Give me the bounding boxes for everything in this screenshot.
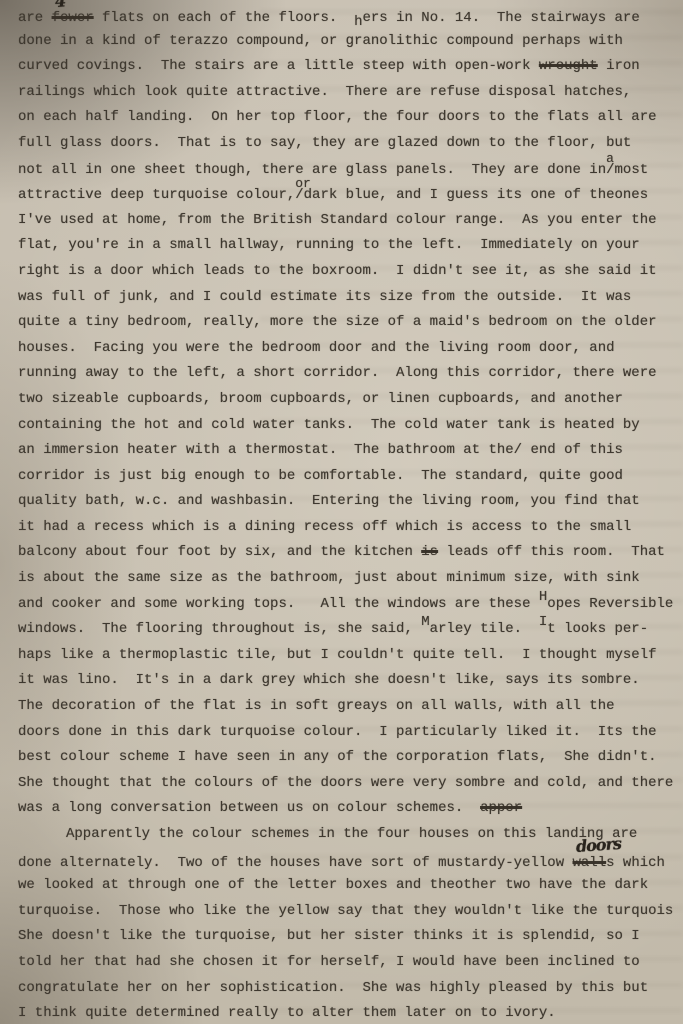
text-line: congratulate her on her sophistication. … [18, 976, 683, 1002]
text-line: it had a recess which is a dining recess… [18, 515, 683, 541]
typed-text: told her that had she chosen it for hers… [18, 954, 640, 970]
struck-text: is [421, 544, 438, 560]
text-line: balcony about four foot by six, and the … [18, 540, 683, 566]
text-line: curved covings. The stairs are a little … [18, 54, 683, 80]
typed-text: She doesn't like the turquoise, but her … [18, 928, 640, 944]
struck-text: apper [480, 800, 522, 816]
typed-text: houses. Facing you were the bedroom door… [18, 340, 615, 356]
typewritten-page-lines: are 4fewer flats on each of the floors. … [0, 0, 683, 1024]
typed-text: s which [606, 855, 665, 871]
lowered-char: h [354, 14, 362, 30]
typed-text: haps like a thermoplastic tile, but I co… [18, 647, 657, 663]
typed-text: best colour scheme I have seen in any of… [18, 749, 657, 765]
text-line: I've used at home, from the British Stan… [18, 208, 683, 234]
text-line: we looked at through one of the letter b… [18, 873, 683, 899]
text-line: She thought that the colours of the door… [18, 771, 683, 797]
typed-text: doors done in this dark turquoise colour… [18, 724, 657, 740]
struck-text: wrought [539, 58, 598, 74]
typed-text: railings which look quite attractive. Th… [18, 84, 631, 100]
text-line: doors done in this dark turquoise colour… [18, 720, 683, 746]
struck-text: wall [573, 855, 607, 871]
typed-text: are [18, 10, 52, 26]
text-line: running away to the left, a short corrid… [18, 361, 683, 387]
typed-text: running away to the left, a short corrid… [18, 365, 657, 381]
text-line: is about the same size as the bathroom, … [18, 566, 683, 592]
typed-text: leads off this room. That [438, 544, 665, 560]
text-line: was full of junk, and I could estimate i… [18, 285, 683, 311]
text-line: was a long conversation between us on co… [18, 796, 683, 822]
typed-text: attractive deep turquoise colour, [18, 187, 295, 203]
text-line: full glass doors. That is to say, they a… [18, 131, 683, 157]
text-line: told her that had she chosen it for hers… [18, 950, 683, 976]
typed-text: congratulate her on her sophistication. … [18, 980, 648, 996]
text-line: The decoration of the flat is in soft gr… [18, 694, 683, 720]
raised-char: I [539, 614, 547, 630]
text-line: railings which look quite attractive. Th… [18, 80, 683, 106]
typed-text: windows. The flooring throughout is, she… [18, 621, 421, 637]
text-line: containing the hot and cold water tanks.… [18, 413, 683, 439]
typed-text: corridor is just big enough to be comfor… [18, 468, 623, 484]
typed-text: and cooker and some working tops. All th… [18, 596, 539, 612]
typed-text: is about the same size as the bathroom, … [18, 570, 640, 586]
typed-text: it was lino. It's in a dark grey which s… [18, 672, 640, 688]
typed-text: we looked at through one of the letter b… [18, 877, 648, 893]
typed-text: an immersion heater with a thermostat. T… [18, 442, 623, 458]
typed-text: not all in one sheet though, there are g… [18, 162, 606, 178]
typed-text: curved covings. The stairs are a little … [18, 58, 539, 74]
typed-text: quite a tiny bedroom, really, more the s… [18, 314, 657, 330]
typed-text: /dark blue, and I guess its one of theon… [295, 187, 648, 203]
text-line: haps like a thermoplastic tile, but I co… [18, 643, 683, 669]
typed-text: opes Reversible [547, 596, 673, 612]
typed-text: She thought that the colours of the door… [18, 775, 673, 791]
typed-text: done in a kind of terazzo compound, or g… [18, 33, 623, 49]
text-line: windows. The flooring throughout is, she… [18, 617, 683, 643]
raised-char: M [421, 614, 429, 630]
text-line: She doesn't like the turquoise, but her … [18, 924, 683, 950]
text-line: on each half landing. On her top floor, … [18, 105, 683, 131]
text-line: quality bath, w.c. and washbasin. Enteri… [18, 489, 683, 515]
typed-text: The decoration of the flat is in soft gr… [18, 698, 615, 714]
typed-text: ers in No. 14. The stairways are [362, 10, 639, 26]
text-line: an immersion heater with a thermostat. T… [18, 438, 683, 464]
text-line: quite a tiny bedroom, really, more the s… [18, 310, 683, 336]
typed-text: flat, you're in a small hallway, running… [18, 237, 640, 253]
typed-text: I've used at home, from the British Stan… [18, 212, 657, 228]
struck-text: fewer [52, 10, 94, 26]
typed-text: was a long conversation between us on co… [18, 800, 480, 816]
text-line: I think quite determined really to alter… [18, 1001, 683, 1024]
typed-text: was full of junk, and I could estimate i… [18, 289, 631, 305]
text-line: two sizeable cupboards, broom cupboards,… [18, 387, 683, 413]
typed-text: on each half landing. On her top floor, … [18, 109, 657, 125]
typed-text: two sizeable cupboards, broom cupboards,… [18, 391, 623, 407]
text-line: corridor is just big enough to be comfor… [18, 464, 683, 490]
text-line: turquoise. Those who like the yellow say… [18, 899, 683, 925]
typed-text: quality bath, w.c. and washbasin. Enteri… [18, 493, 640, 509]
text-line: done alternately. Two of the houses have… [18, 848, 683, 874]
typed-text: I think quite determined really to alter… [18, 1005, 556, 1021]
typed-text: containing the hot and cold water tanks.… [18, 417, 640, 433]
text-line: it was lino. It's in a dark grey which s… [18, 668, 683, 694]
text-line: attractive deep turquoise colour,or/dark… [18, 182, 683, 208]
typed-text: balcony about four foot by six, and the … [18, 544, 421, 560]
text-line: right is a door which leads to the boxro… [18, 259, 683, 285]
typed-text: turquoise. Those who like the yellow say… [18, 903, 673, 919]
typed-text: right is a door which leads to the boxro… [18, 263, 657, 279]
typed-text: done alternately. Two of the houses have… [18, 855, 573, 871]
raised-char: H [539, 589, 547, 605]
typed-text: full glass doors. That is to say, they a… [18, 135, 631, 151]
typewritten-page: are 4fewer flats on each of the floors. … [0, 0, 683, 1024]
typed-text: arley tile. [430, 621, 539, 637]
typed-text: Apparently the colour schemes in the fou… [66, 826, 637, 842]
typed-text: it had a recess which is a dining recess… [18, 519, 631, 535]
text-line: flat, you're in a small hallway, running… [18, 233, 683, 259]
typed-text: iron [598, 58, 640, 74]
text-line: are 4fewer flats on each of the floors. … [18, 3, 683, 29]
text-line: and cooker and some working tops. All th… [18, 592, 683, 618]
text-line: not all in one sheet though, there are g… [18, 157, 683, 183]
typed-text: flats on each of the floors. [94, 10, 354, 26]
text-line: best colour scheme I have seen in any of… [18, 745, 683, 771]
text-line: done in a kind of terazzo compound, or g… [18, 29, 683, 55]
typed-text: t looks per- [547, 621, 648, 637]
text-line: houses. Facing you were the bedroom door… [18, 336, 683, 362]
